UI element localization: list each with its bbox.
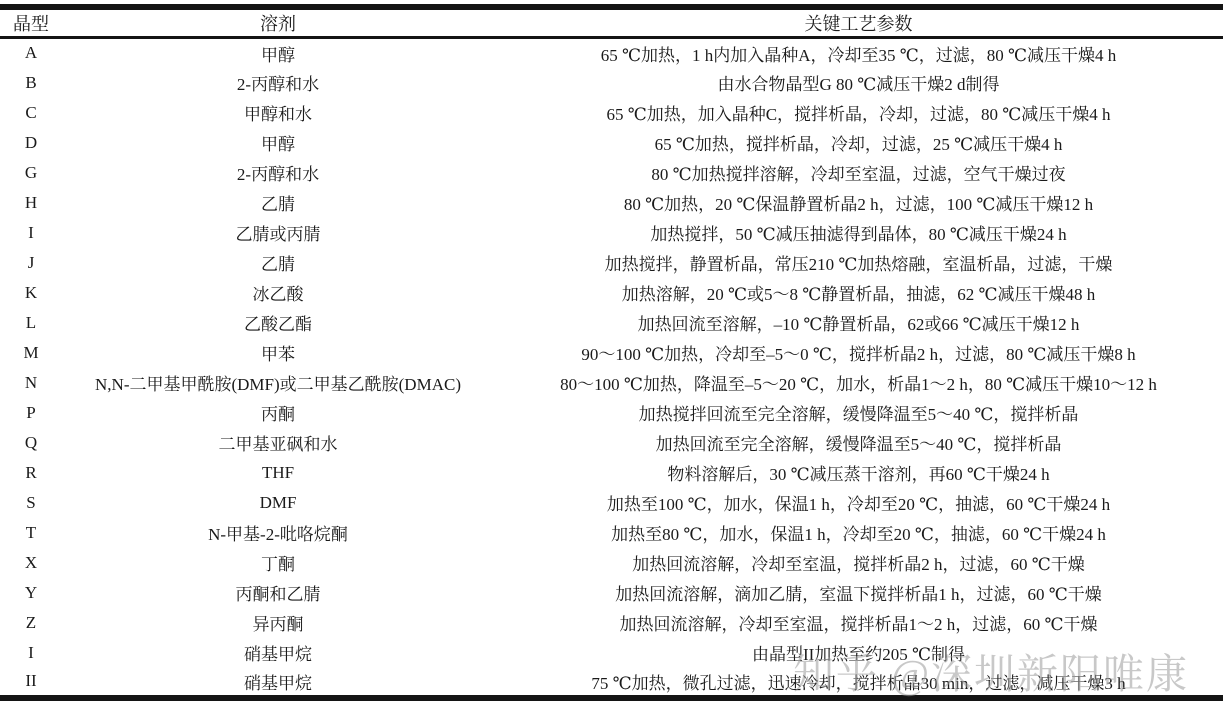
table-row: C 甲醇和水 65 ℃加热，加入晶种C，搅拌析晶，冷却，过滤，80 ℃减压干燥4… [0, 98, 1223, 128]
table-row: Y 丙酮和乙腈 加热回流溶解，滴加乙腈，室温下搅拌析晶1 h，过滤，60 ℃干燥 [0, 578, 1223, 608]
crystal-form-cell: L [0, 308, 62, 338]
solvent-cell: 2-丙醇和水 [62, 68, 494, 98]
table-row: G 2-丙醇和水 80 ℃加热搅拌溶解，冷却至室温，过滤，空气干燥过夜 [0, 158, 1223, 188]
solvent-cell: 甲醇 [62, 128, 494, 158]
header-crystal-form: 晶型 [0, 7, 62, 38]
solvent-cell: 硝基甲烷 [62, 668, 494, 698]
crystal-form-cell: K [0, 278, 62, 308]
table-row: N N,N-二甲基甲酰胺(DMF)或二甲基乙酰胺(DMAC) 80～100 ℃加… [0, 368, 1223, 398]
process-params-cell: 加热溶解，20 ℃或5～8 ℃静置析晶，抽滤，62 ℃减压干燥48 h [494, 278, 1223, 308]
table-row: P 丙酮 加热搅拌回流至完全溶解，缓慢降温至5～40 ℃，搅拌析晶 [0, 398, 1223, 428]
process-params-cell: 由水合物晶型G 80 ℃减压干燥2 d制得 [494, 68, 1223, 98]
crystal-form-cell: Q [0, 428, 62, 458]
crystal-form-process-table: 晶型 溶剂 关键工艺参数 A 甲醇 65 ℃加热，1 h内加入晶种A，冷却至35… [0, 4, 1223, 701]
solvent-cell: 乙酸乙酯 [62, 308, 494, 338]
solvent-cell: 乙腈或丙腈 [62, 218, 494, 248]
table-row: I 乙腈或丙腈 加热搅拌，50 ℃减压抽滤得到晶体，80 ℃减压干燥24 h [0, 218, 1223, 248]
process-params-cell: 75 ℃加热，微孔过滤，迅速冷却，搅拌析晶30 min，过滤，减压干燥3 h [494, 668, 1223, 698]
process-params-cell: 80 ℃加热，20 ℃保温静置析晶2 h，过滤，100 ℃减压干燥12 h [494, 188, 1223, 218]
table-header: 晶型 溶剂 关键工艺参数 [0, 7, 1223, 38]
solvent-cell: 丁酮 [62, 548, 494, 578]
table-row: T N-甲基-2-吡咯烷酮 加热至80 ℃，加水，保温1 h，冷却至20 ℃，抽… [0, 518, 1223, 548]
process-params-cell: 90～100 ℃加热，冷却至–5～0 ℃，搅拌析晶2 h，过滤，80 ℃减压干燥… [494, 338, 1223, 368]
solvent-cell: 冰乙酸 [62, 278, 494, 308]
table-row: II 硝基甲烷 75 ℃加热，微孔过滤，迅速冷却，搅拌析晶30 min，过滤，减… [0, 668, 1223, 698]
crystal-form-cell: H [0, 188, 62, 218]
crystal-form-cell: C [0, 98, 62, 128]
process-params-cell: 65 ℃加热，搅拌析晶，冷却，过滤，25 ℃减压干燥4 h [494, 128, 1223, 158]
crystal-form-cell: M [0, 338, 62, 368]
table-row: K 冰乙酸 加热溶解，20 ℃或5～8 ℃静置析晶，抽滤，62 ℃减压干燥48 … [0, 278, 1223, 308]
table-row: L 乙酸乙酯 加热回流至溶解，–10 ℃静置析晶，62或66 ℃减压干燥12 h [0, 308, 1223, 338]
crystal-form-cell: N [0, 368, 62, 398]
process-params-cell: 加热搅拌，50 ℃减压抽滤得到晶体，80 ℃减压干燥24 h [494, 218, 1223, 248]
solvent-cell: 甲醇和水 [62, 98, 494, 128]
process-params-cell: 加热回流至完全溶解，缓慢降温至5～40 ℃，搅拌析晶 [494, 428, 1223, 458]
crystal-form-cell: A [0, 38, 62, 68]
solvent-cell: 丙酮 [62, 398, 494, 428]
process-params-cell: 65 ℃加热，1 h内加入晶种A，冷却至35 ℃，过滤，80 ℃减压干燥4 h [494, 38, 1223, 68]
crystal-form-cell: Y [0, 578, 62, 608]
solvent-cell: 二甲基亚砜和水 [62, 428, 494, 458]
solvent-cell: 丙酮和乙腈 [62, 578, 494, 608]
header-row: 晶型 溶剂 关键工艺参数 [0, 7, 1223, 38]
solvent-cell: N,N-二甲基甲酰胺(DMF)或二甲基乙酰胺(DMAC) [62, 368, 494, 398]
process-params-cell: 80～100 ℃加热，降温至–5～20 ℃，加水，析晶1～2 h，80 ℃减压干… [494, 368, 1223, 398]
table-row: Q 二甲基亚砜和水 加热回流至完全溶解，缓慢降温至5～40 ℃，搅拌析晶 [0, 428, 1223, 458]
crystal-form-cell: I [0, 638, 62, 668]
crystal-form-cell: D [0, 128, 62, 158]
crystal-form-cell: B [0, 68, 62, 98]
header-solvent: 溶剂 [62, 7, 494, 38]
solvent-cell: 硝基甲烷 [62, 638, 494, 668]
crystal-form-cell: G [0, 158, 62, 188]
solvent-cell: 甲醇 [62, 38, 494, 68]
solvent-cell: N-甲基-2-吡咯烷酮 [62, 518, 494, 548]
solvent-cell: DMF [62, 488, 494, 518]
crystal-form-cell: Z [0, 608, 62, 638]
table-row: M 甲苯 90～100 ℃加热，冷却至–5～0 ℃，搅拌析晶2 h，过滤，80 … [0, 338, 1223, 368]
crystal-form-cell: II [0, 668, 62, 698]
table-row: I 硝基甲烷 由晶型II加热至约205 ℃制得 [0, 638, 1223, 668]
solvent-cell: 乙腈 [62, 188, 494, 218]
table-row: R THF 物料溶解后，30 ℃减压蒸干溶剂，再60 ℃干燥24 h [0, 458, 1223, 488]
process-params-cell: 加热搅拌，静置析晶，常压210 ℃加热熔融，室温析晶，过滤，干燥 [494, 248, 1223, 278]
crystal-form-cell: S [0, 488, 62, 518]
process-params-cell: 加热回流溶解，冷却至室温，搅拌析晶1～2 h，过滤，60 ℃干燥 [494, 608, 1223, 638]
solvent-cell: 异丙酮 [62, 608, 494, 638]
process-params-cell: 加热至80 ℃，加水，保温1 h，冷却至20 ℃，抽滤，60 ℃干燥24 h [494, 518, 1223, 548]
solvent-cell: THF [62, 458, 494, 488]
solvent-cell: 乙腈 [62, 248, 494, 278]
table-row: J 乙腈 加热搅拌，静置析晶，常压210 ℃加热熔融，室温析晶，过滤，干燥 [0, 248, 1223, 278]
table-row: S DMF 加热至100 ℃，加水，保温1 h，冷却至20 ℃，抽滤，60 ℃干… [0, 488, 1223, 518]
crystal-form-cell: T [0, 518, 62, 548]
process-params-cell: 加热回流溶解，冷却至室温，搅拌析晶2 h，过滤，60 ℃干燥 [494, 548, 1223, 578]
process-params-cell: 65 ℃加热，加入晶种C，搅拌析晶，冷却，过滤，80 ℃减压干燥4 h [494, 98, 1223, 128]
table-row: D 甲醇 65 ℃加热，搅拌析晶，冷却，过滤，25 ℃减压干燥4 h [0, 128, 1223, 158]
header-key-process-params: 关键工艺参数 [494, 7, 1223, 38]
crystal-form-cell: I [0, 218, 62, 248]
crystal-form-cell: R [0, 458, 62, 488]
crystal-form-cell: X [0, 548, 62, 578]
table-row: Z 异丙酮 加热回流溶解，冷却至室温，搅拌析晶1～2 h，过滤，60 ℃干燥 [0, 608, 1223, 638]
process-params-cell: 由晶型II加热至约205 ℃制得 [494, 638, 1223, 668]
crystal-form-cell: J [0, 248, 62, 278]
process-params-cell: 80 ℃加热搅拌溶解，冷却至室温，过滤，空气干燥过夜 [494, 158, 1223, 188]
crystal-form-cell: P [0, 398, 62, 428]
process-params-cell: 加热搅拌回流至完全溶解，缓慢降温至5～40 ℃，搅拌析晶 [494, 398, 1223, 428]
process-params-cell: 物料溶解后，30 ℃减压蒸干溶剂，再60 ℃干燥24 h [494, 458, 1223, 488]
table-row: A 甲醇 65 ℃加热，1 h内加入晶种A，冷却至35 ℃，过滤，80 ℃减压干… [0, 38, 1223, 68]
table-row: H 乙腈 80 ℃加热，20 ℃保温静置析晶2 h，过滤，100 ℃减压干燥12… [0, 188, 1223, 218]
table-row: B 2-丙醇和水 由水合物晶型G 80 ℃减压干燥2 d制得 [0, 68, 1223, 98]
solvent-cell: 2-丙醇和水 [62, 158, 494, 188]
solvent-cell: 甲苯 [62, 338, 494, 368]
table-row: X 丁酮 加热回流溶解，冷却至室温，搅拌析晶2 h，过滤，60 ℃干燥 [0, 548, 1223, 578]
process-params-cell: 加热回流溶解，滴加乙腈，室温下搅拌析晶1 h，过滤，60 ℃干燥 [494, 578, 1223, 608]
process-params-cell: 加热回流至溶解，–10 ℃静置析晶，62或66 ℃减压干燥12 h [494, 308, 1223, 338]
table-body: A 甲醇 65 ℃加热，1 h内加入晶种A，冷却至35 ℃，过滤，80 ℃减压干… [0, 38, 1223, 698]
process-params-cell: 加热至100 ℃，加水，保温1 h，冷却至20 ℃，抽滤，60 ℃干燥24 h [494, 488, 1223, 518]
